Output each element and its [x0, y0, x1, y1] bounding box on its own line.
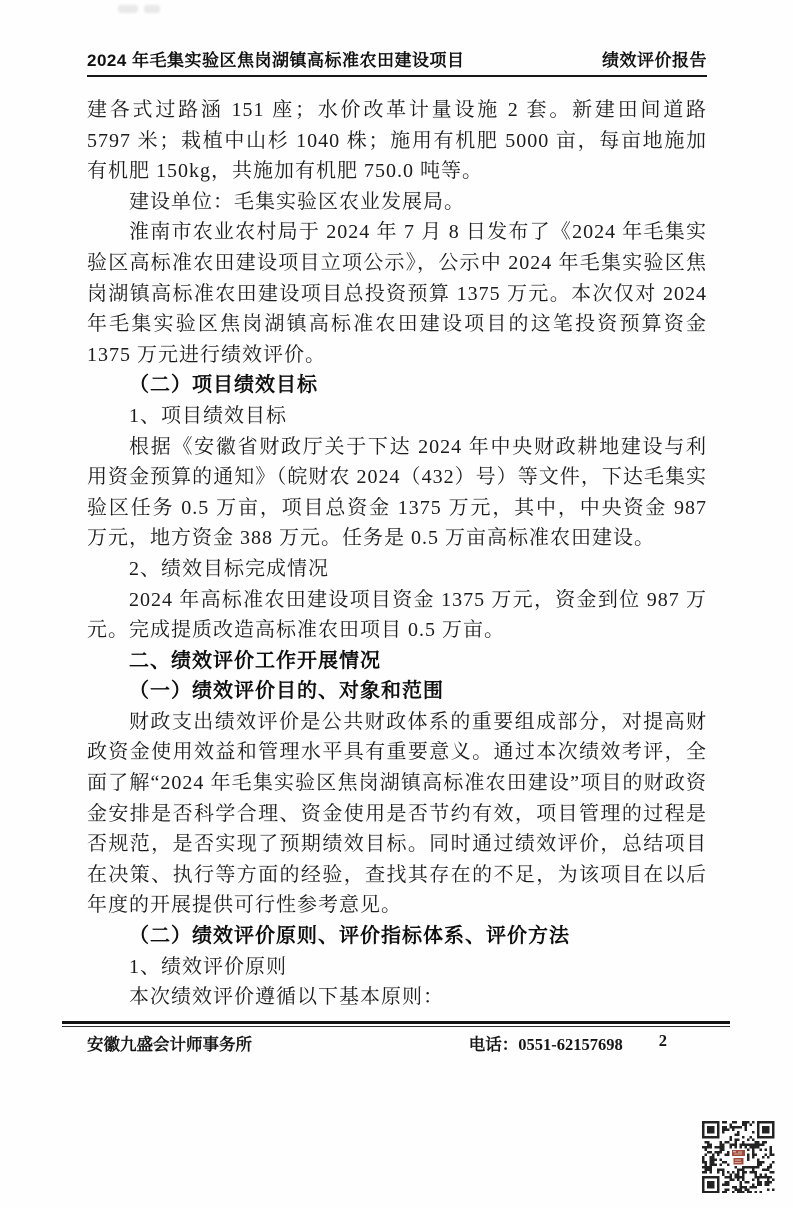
header-left-title: 2024 年毛集实验区焦岗湖镇高标准农田建设项目 — [87, 46, 465, 71]
paragraph-body: 本次绩效评价遵循以下基本原则： — [87, 982, 707, 1013]
header-right-title: 绩效评价报告 — [602, 46, 707, 71]
footer-company: 安徽九盛会计师事务所 — [87, 1031, 252, 1055]
paragraph-sub: 1、绩效评价原则 — [87, 952, 707, 983]
paragraph-body: 2024 年高标准农田建设项目资金 1375 万元，资金到位 987 万元。完成… — [87, 585, 707, 646]
paragraph-heading: 二、绩效评价工作开展情况 — [87, 646, 707, 677]
paragraph-body: 淮南市农业农村局于 2024 年 7 月 8 日发布了《2024 年毛集实验区高… — [87, 217, 707, 370]
paragraph-heading: （二）绩效评价原则、评价指标体系、评价方法 — [87, 921, 707, 952]
footer-right-group: 电话：0551-62157698 2 — [469, 1031, 667, 1055]
scan-smudge — [144, 5, 160, 13]
paragraph-body: 建设单位：毛集实验区农业发展局。 — [87, 187, 707, 218]
paragraph-sub: 2、绩效目标完成情况 — [87, 554, 707, 585]
paragraph-heading: （一）绩效评价目的、对象和范围 — [87, 676, 707, 707]
qr-code — [702, 1121, 775, 1193]
page-number: 2 — [659, 1031, 667, 1055]
document-body: 建各式过路涵 151 座；水价改革计量设施 2 套。新建田间道路 5797 米；… — [87, 95, 707, 1013]
footer-phone: 电话：0551-62157698 — [469, 1031, 623, 1055]
paragraph-body: 财政支出绩效评价是公共财政体系的重要组成部分，对提高财政资金使用效益和管理水平具… — [87, 707, 707, 921]
footer-divider — [62, 1021, 730, 1027]
paragraph-sub: 1、项目绩效目标 — [87, 401, 707, 432]
running-footer: 安徽九盛会计师事务所 电话：0551-62157698 2 — [87, 1031, 707, 1055]
scanned-report-page: 2024 年毛集实验区焦岗湖镇高标准农田建设项目 绩效评价报告 建各式过路涵 1… — [0, 0, 793, 1208]
paragraph-body-continued: 建各式过路涵 151 座；水价改革计量设施 2 套。新建田间道路 5797 米；… — [87, 95, 707, 187]
paragraph-body: 根据《安徽省财政厅关于下达 2024 年中央财政耕地建设与利用资金预算的通知》（… — [87, 432, 707, 554]
scan-smudge — [118, 5, 138, 13]
running-header: 2024 年毛集实验区焦岗湖镇高标准农田建设项目 绩效评价报告 — [87, 46, 707, 77]
paragraph-heading: （二）项目绩效目标 — [87, 370, 707, 401]
